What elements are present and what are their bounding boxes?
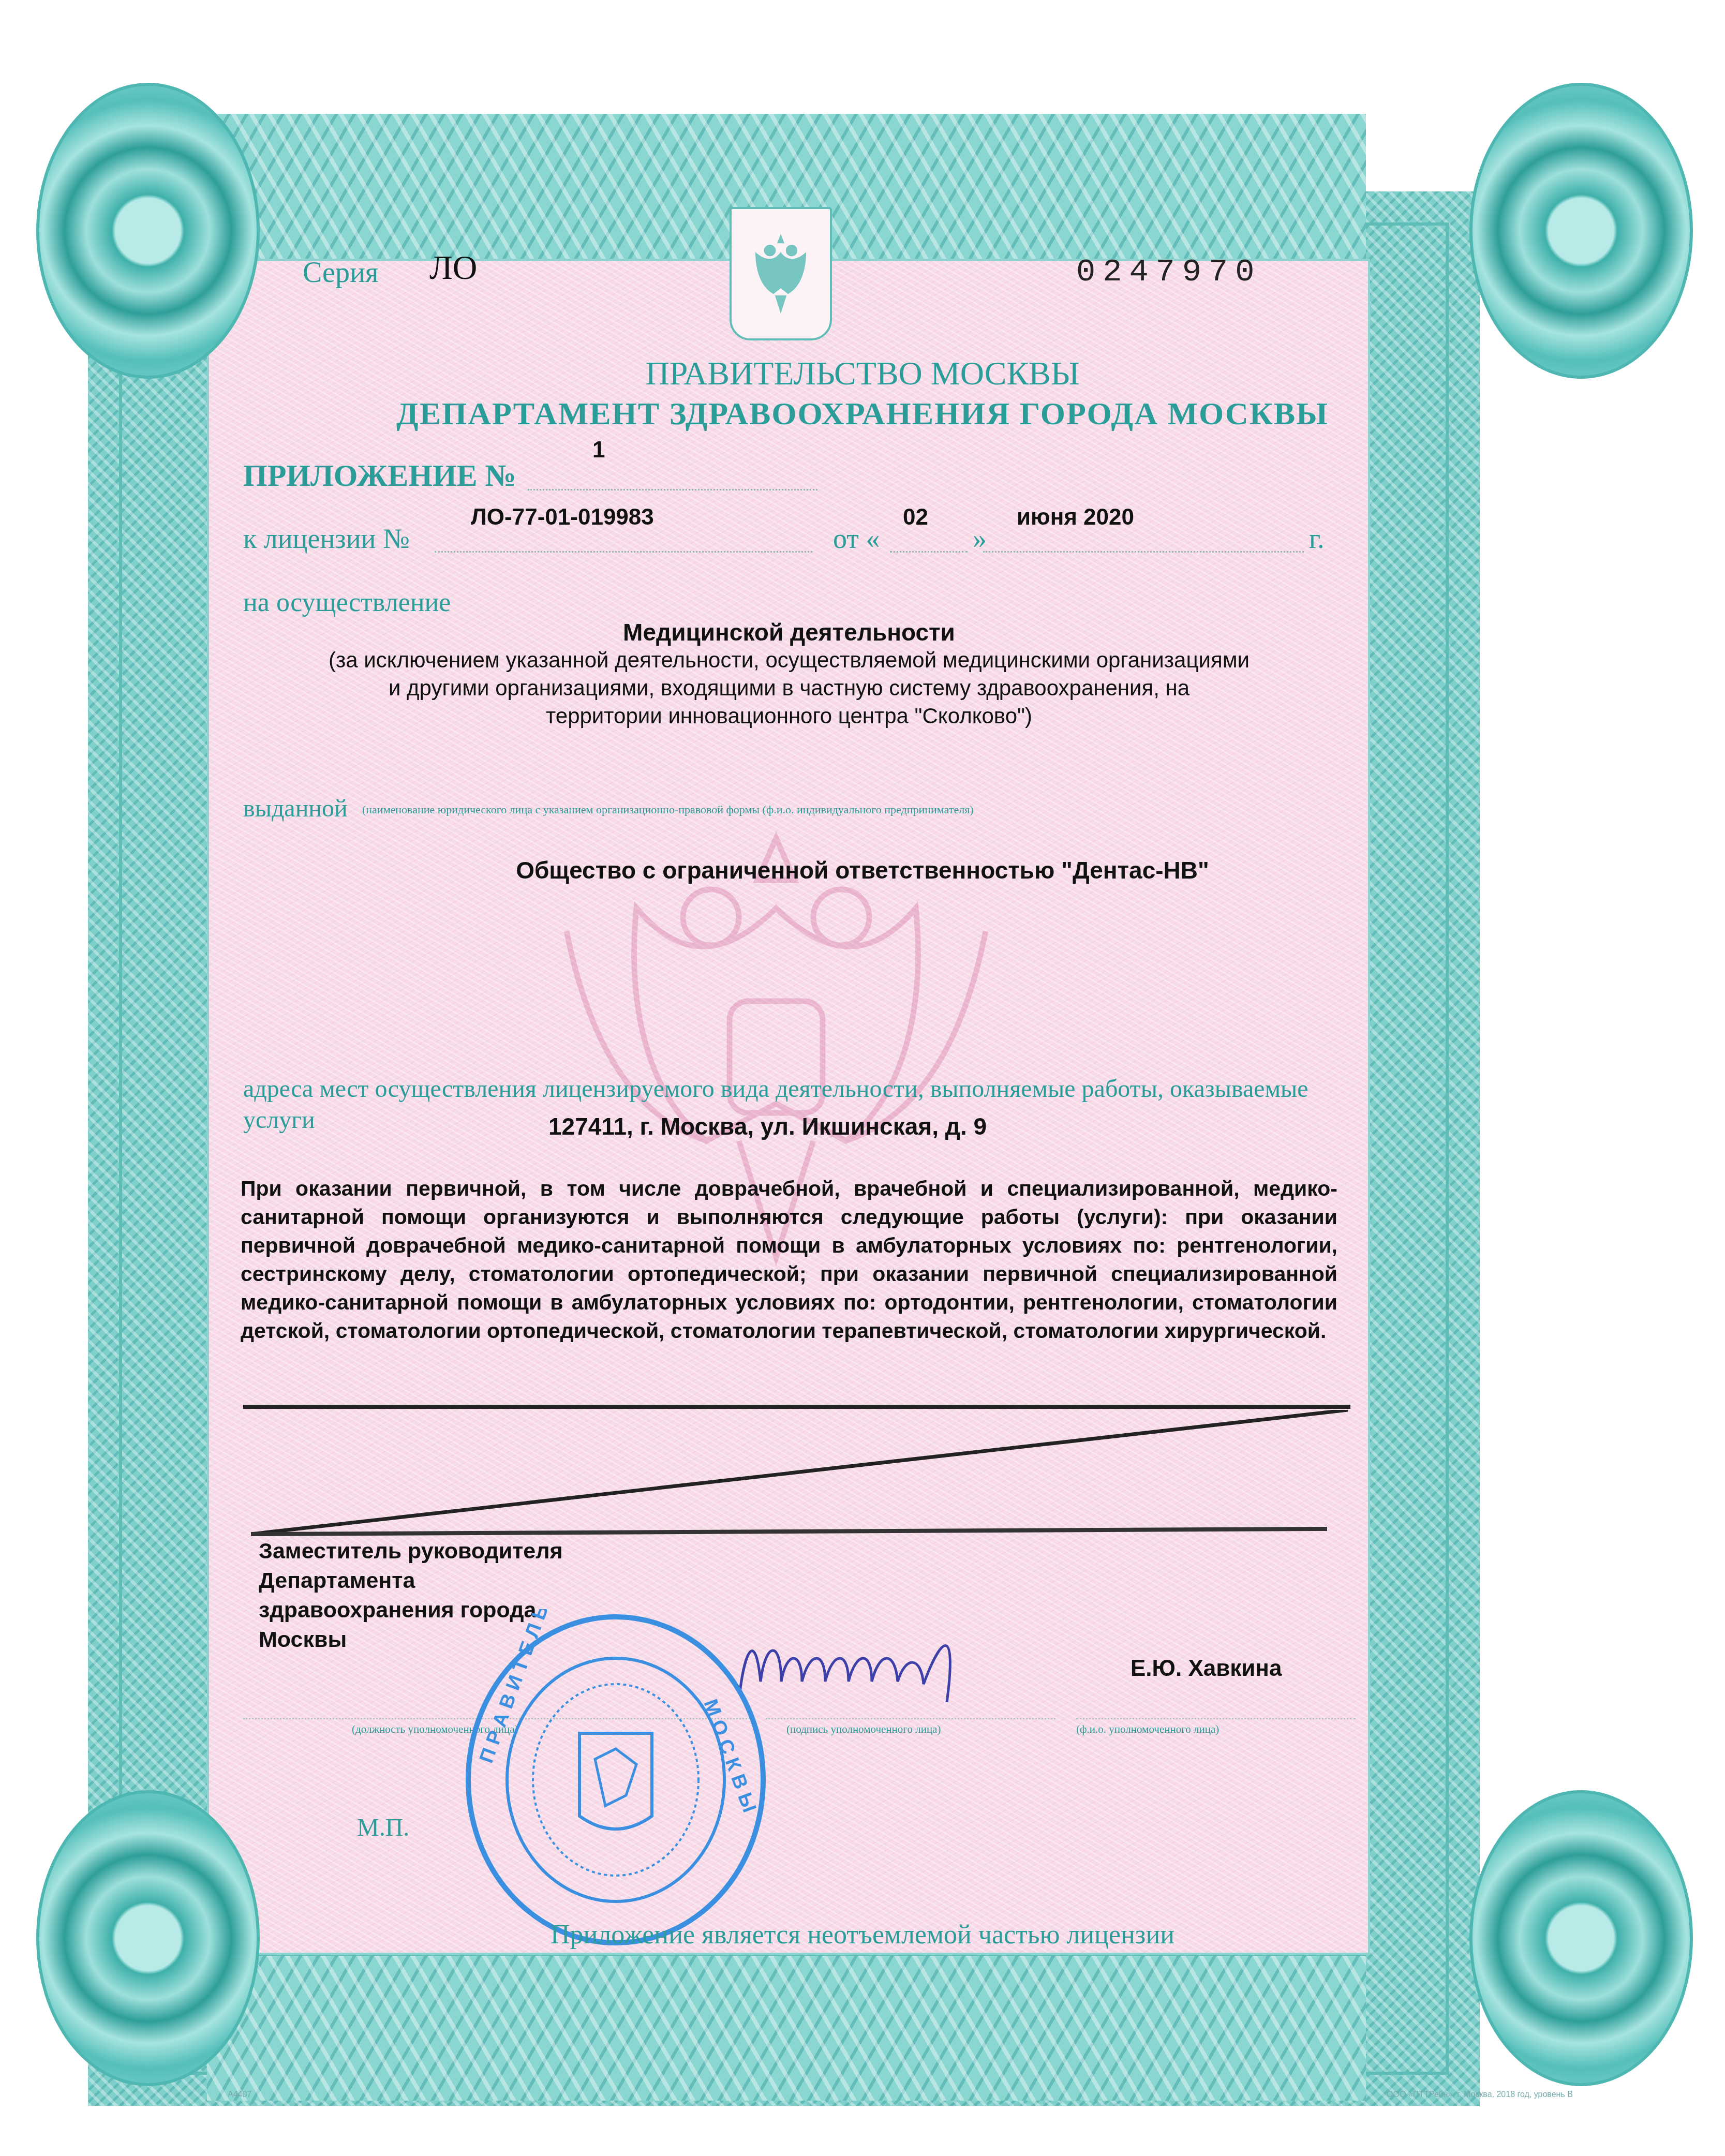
- license-number-line: [435, 551, 812, 553]
- state-emblem: [730, 207, 832, 340]
- license-day: 02: [903, 504, 928, 530]
- official-seal-stamp-icon: П Р А В И Т Е Л Ь С Т В О М О С К В Ы: [460, 1609, 771, 1951]
- appendix-label: ПРИЛОЖЕНИЕ №: [243, 458, 516, 494]
- cancellation-z-lines: [251, 1410, 1348, 1539]
- activity-line: (за исключением указанной деятельности, …: [228, 646, 1350, 674]
- signature-hint: (подпись уполномоченного лица): [786, 1723, 941, 1736]
- license-day-close: »: [973, 523, 987, 555]
- name-hint: (ф.и.о. уполномоченного лица): [1076, 1723, 1219, 1736]
- name-line: [1076, 1718, 1356, 1719]
- double-headed-eagle-icon: [745, 230, 817, 318]
- organization-name: Общество с ограниченной ответственностью…: [0, 856, 1725, 884]
- services-end-line: [243, 1405, 1350, 1409]
- license-month-year: июня 2020: [1017, 504, 1134, 530]
- department-title: ДЕПАРТАМЕНТ ЗДРАВООХРАНЕНИЯ ГОРОДА МОСКВ…: [0, 396, 1725, 433]
- signer-position-line: Департамента: [259, 1566, 563, 1596]
- issued-label: выданной: [243, 794, 348, 823]
- seal-place-label: М.П.: [357, 1813, 409, 1842]
- corner-rosette-top-right: [1469, 83, 1693, 379]
- appendix-number: 1: [592, 437, 605, 463]
- services-text: При оказании первичной, в том числе довр…: [241, 1174, 1337, 1345]
- handwritten-signature-icon: [724, 1619, 1076, 1707]
- printer-imprint: ООО «ПТТРейн», г. Москва, 2018 год, уров…: [1387, 2090, 1573, 2100]
- print-code: A4407: [228, 2090, 251, 2100]
- address-value: 127411, г. Москва, ул. Икшинская, д. 9: [548, 1112, 987, 1140]
- appendix-number-line: [528, 489, 817, 490]
- activity-description: Медицинской деятельности (за исключением…: [228, 618, 1350, 730]
- activity-label: на осуществление: [243, 587, 451, 618]
- signature-line: [766, 1718, 1055, 1719]
- license-year-suffix: г.: [1309, 523, 1325, 555]
- license-number: ЛО-77-01-019983: [471, 504, 654, 530]
- bottom-ornament-band: [207, 1951, 1366, 2101]
- license-month-line: [983, 551, 1304, 553]
- signer-position-line: Заместитель руководителя: [259, 1537, 563, 1566]
- footer-note: Приложение является неотъемлемой частью …: [0, 1920, 1725, 1950]
- corner-rosette-top-left: [36, 83, 260, 379]
- activity-line: территории инновационного центра "Сколко…: [228, 702, 1350, 730]
- activity-line: и другими организациями, входящими в час…: [228, 674, 1350, 702]
- signer-name: Е.Ю. Хавкина: [1131, 1656, 1282, 1682]
- series-label: Серия: [303, 256, 379, 289]
- license-label: к лицензии №: [243, 523, 410, 555]
- serial-number: 0247970: [1076, 254, 1261, 290]
- license-date-label: от «: [833, 523, 880, 555]
- svg-text:П Р А В И Т Е Л Ь С Т В О: П Р А В И Т Е Л Ь С Т В О: [475, 1609, 579, 1766]
- government-title: ПРАВИТЕЛЬСТВО МОСКВЫ: [0, 354, 1725, 393]
- license-day-line: [890, 551, 968, 553]
- series-value: ЛО: [429, 248, 477, 288]
- issued-hint: (наименование юридического лица с указан…: [362, 803, 974, 816]
- activity-title: Медицинской деятельности: [228, 618, 1350, 646]
